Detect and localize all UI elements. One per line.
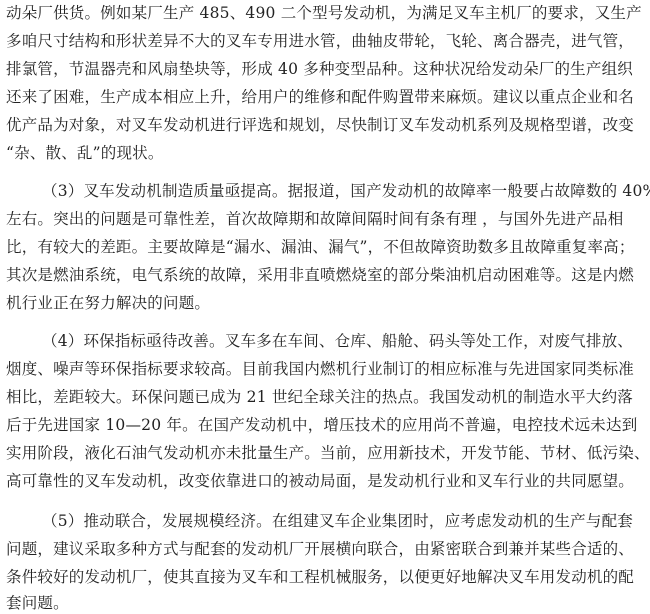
- text-line: 多咱尺寸结构和形状差异不大的叉车专用进水管，曲轴皮带轮，飞轮、离合器壳，进气管，: [6, 30, 634, 52]
- text-line: 高可靠性的叉车发动机，改变依靠进口的被动局面，是发动机行业和叉车行业的共同愿望。: [6, 470, 634, 492]
- text-line: 还来了困难，生产成本相应上升，给用户的维修和配件购置带来麻烦。建议以重点企业和名: [6, 86, 634, 108]
- text-line: （4）环保指标亟待改善。叉车多在车间、仓库、船舱、码头等处工作，对废气排放、: [42, 330, 633, 352]
- text-line: 套问题。: [6, 592, 69, 614]
- text-line: 左右。突出的问题是可靠性差，首次故障期和故障间隔时间有条有理 ，与国外先进产品相: [6, 208, 623, 230]
- text-line: 烟度、噪声等环保指标要求较高。目前我国内燃机行业制订的相应标准与先进国家同类标准: [6, 358, 634, 380]
- text-line: 动朵厂供货。例如某厂生产 485、490 二个型号发动机，为满足叉车主机厂的要求…: [6, 2, 642, 24]
- text-line: 问题，建议采取多种方式与配套的发动机厂开展横向联合，由紧密联合到兼并某些合适的、: [6, 538, 634, 560]
- text-line: 相比，差距较大。环保问题已成为 21 世纪全球关注的热点。我国发动机的制造水平大…: [6, 386, 633, 408]
- text-line: 排氯管，节温器壳和风扇垫块等，形成 40 多种变型品种。这种状况给发动朵厂的生产…: [6, 58, 633, 80]
- text-line: （3）叉车发动机制造质量亟提高。据报道，国产发动机的故障率一般要占故障数的 40…: [42, 180, 650, 202]
- text-line: 比，有较大的差距。主要故障是“漏水、漏油、漏气”，不但故障资助数多且故障重复率高…: [6, 236, 635, 258]
- text-line: 优产品为对象，对叉车发动机进行评选和规划，尽快制订叉车发动机系列及规格型谱，改变: [6, 114, 634, 136]
- text-line: 实用阶段，液化石油气发动机亦未批量生产。当前，应用新技术，开发节能、节材、低污染…: [6, 442, 650, 464]
- text-line: 条件较好的发动机厂，使其直接为叉车和工程机械服务，以便更好地解决叉车用发动机的配: [6, 566, 634, 588]
- text-line: 其次是燃油系统，电气系统的故障，采用非直喷燃烧室的部分柴油机启动困难等。这是内燃: [6, 264, 634, 286]
- text-line: 后于先进国家 10—20 年。在国产发动机中，增压技术的应用尚不普遍，电控技术远…: [6, 414, 637, 436]
- text-line: 机行业正在努力解决的问题。: [6, 292, 210, 314]
- text-line: “杂、散、乱”的现状。: [6, 142, 164, 164]
- text-line: （5）推动联合，发展规模经济。在组建叉车企业集团时，应考虑发动机的生产与配套: [42, 510, 633, 532]
